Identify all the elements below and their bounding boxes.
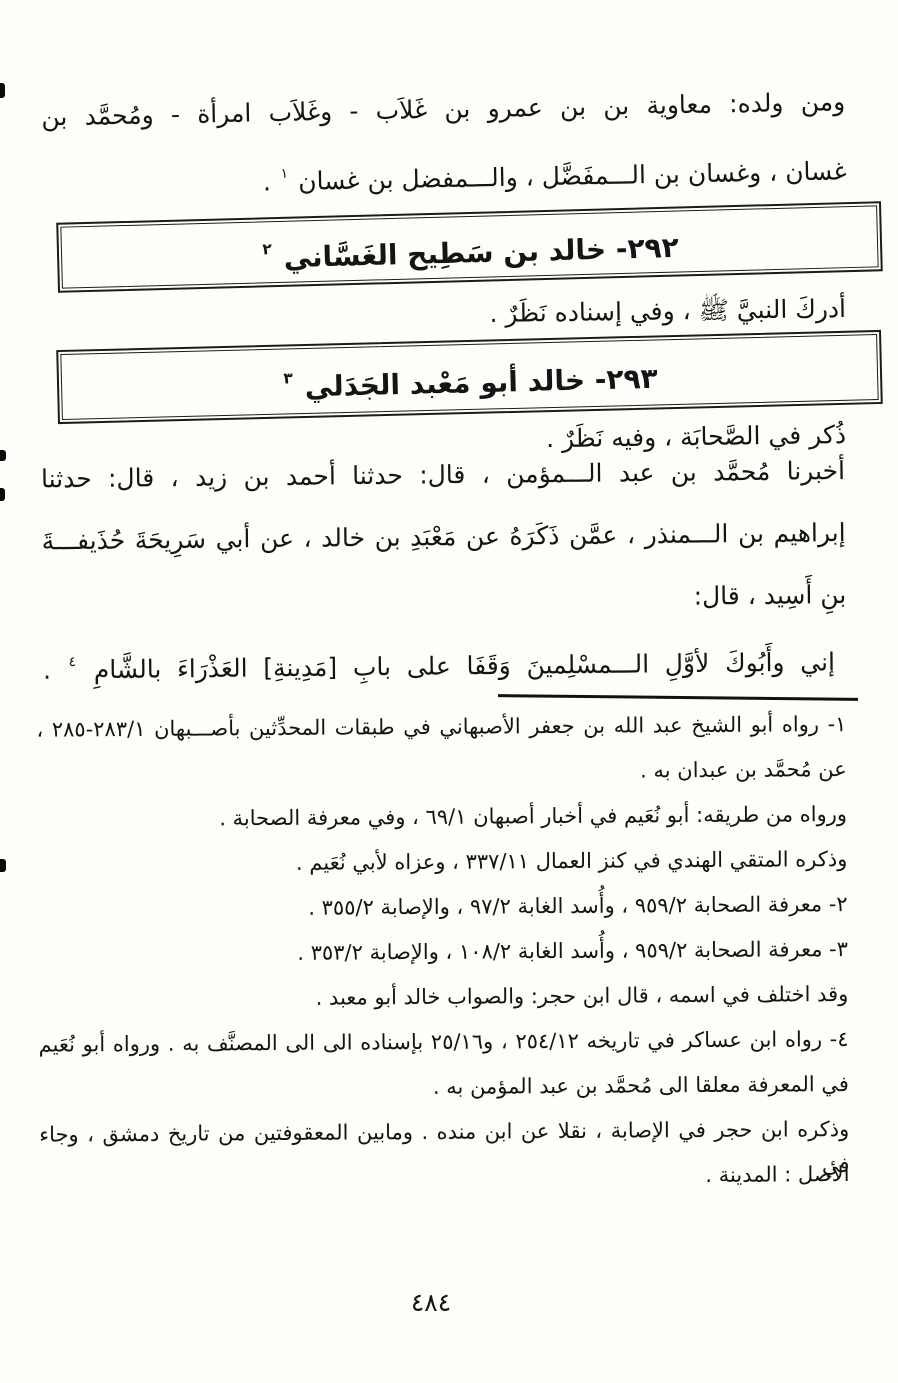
entry-293-heading-box: ٢٩٣- خالد أبو مَعْبد الجَدَلي ٣ — [56, 330, 883, 424]
text-line: إبراهيم بن الـــمنذر ، عمَّن ذَكَرَهُ عن… — [41, 509, 846, 579]
footnote-marker: ٤ — [67, 654, 79, 670]
scanned-book-page: ومن ولده: معاوية بن بن عمرو بن غَلاَب - … — [0, 0, 898, 1383]
text-line: في المعرفة معلقا الى مُحمَّد بن عبد المؤ… — [39, 1066, 849, 1117]
text-line: إني وأَبُوكَ لأوَّلِ الـــمسْلِمينَ وَقَ… — [43, 633, 848, 703]
page-number: ٤٨٤ — [0, 1288, 880, 1317]
scan-artifact-mark — [0, 488, 5, 501]
text-line: أخبرنا مُحمَّد بن عبد الـــمؤمن ، قال: ح… — [41, 447, 846, 517]
footnote-marker: ٣ — [281, 369, 295, 387]
text-line: وذكره المتقي الهندي في كنز العمال ٣٣٧/١١… — [37, 841, 847, 892]
footnote-marker: ١ — [279, 166, 291, 182]
entry-293-title: ٢٩٣- خالد أبو مَعْبد الجَدَلي ٣ — [58, 332, 881, 428]
text-line: ورواه من طريقه: أبو نُعَيم في أخبار أصبه… — [37, 796, 847, 847]
text-line: ١- رواه أبو الشيخ عبد الله بن جعفر الأصب… — [36, 706, 846, 757]
text-line: وقد اختلف في اسمه ، قال ابن حجر: والصواب… — [38, 976, 848, 1027]
text-line: عن مُحمَّد بن عبدان به . — [37, 751, 847, 802]
scan-artifact-mark — [0, 83, 5, 98]
scan-artifact-mark — [0, 450, 6, 461]
text-line: الأصل : المدينة . — [39, 1156, 849, 1207]
scan-artifact-mark — [0, 859, 6, 872]
footnote-marker: ٢ — [260, 240, 274, 258]
text-line: ٤- رواه ابن عساكر في تاريخه ٢٥٤/١٢ ، و٢٥… — [38, 1021, 848, 1072]
isnad-paragraph: أخبرنا مُحمَّد بن عبد الـــمؤمن ، قال: ح… — [41, 447, 848, 703]
footnotes-block: ١- رواه أبو الشيخ عبد الله بن جعفر الأصب… — [36, 706, 849, 1207]
text-line: وذكره ابن حجر في الإصابة ، نقلا عن ابن م… — [39, 1111, 849, 1162]
text-line: ٣- معرفة الصحابة ٩٥٩/٢ ، وأُسد الغابة ١٠… — [38, 931, 848, 982]
text-line: ٢- معرفة الصحابة ٩٥٩/٢ ، وأُسد الغابة ٩٧… — [38, 886, 848, 937]
lineage-paragraph: ومن ولده: معاوية بن بن عمرو بن غَلاَب - … — [41, 80, 847, 223]
text-line: بنِ أَسِيد ، قال: — [42, 571, 847, 641]
